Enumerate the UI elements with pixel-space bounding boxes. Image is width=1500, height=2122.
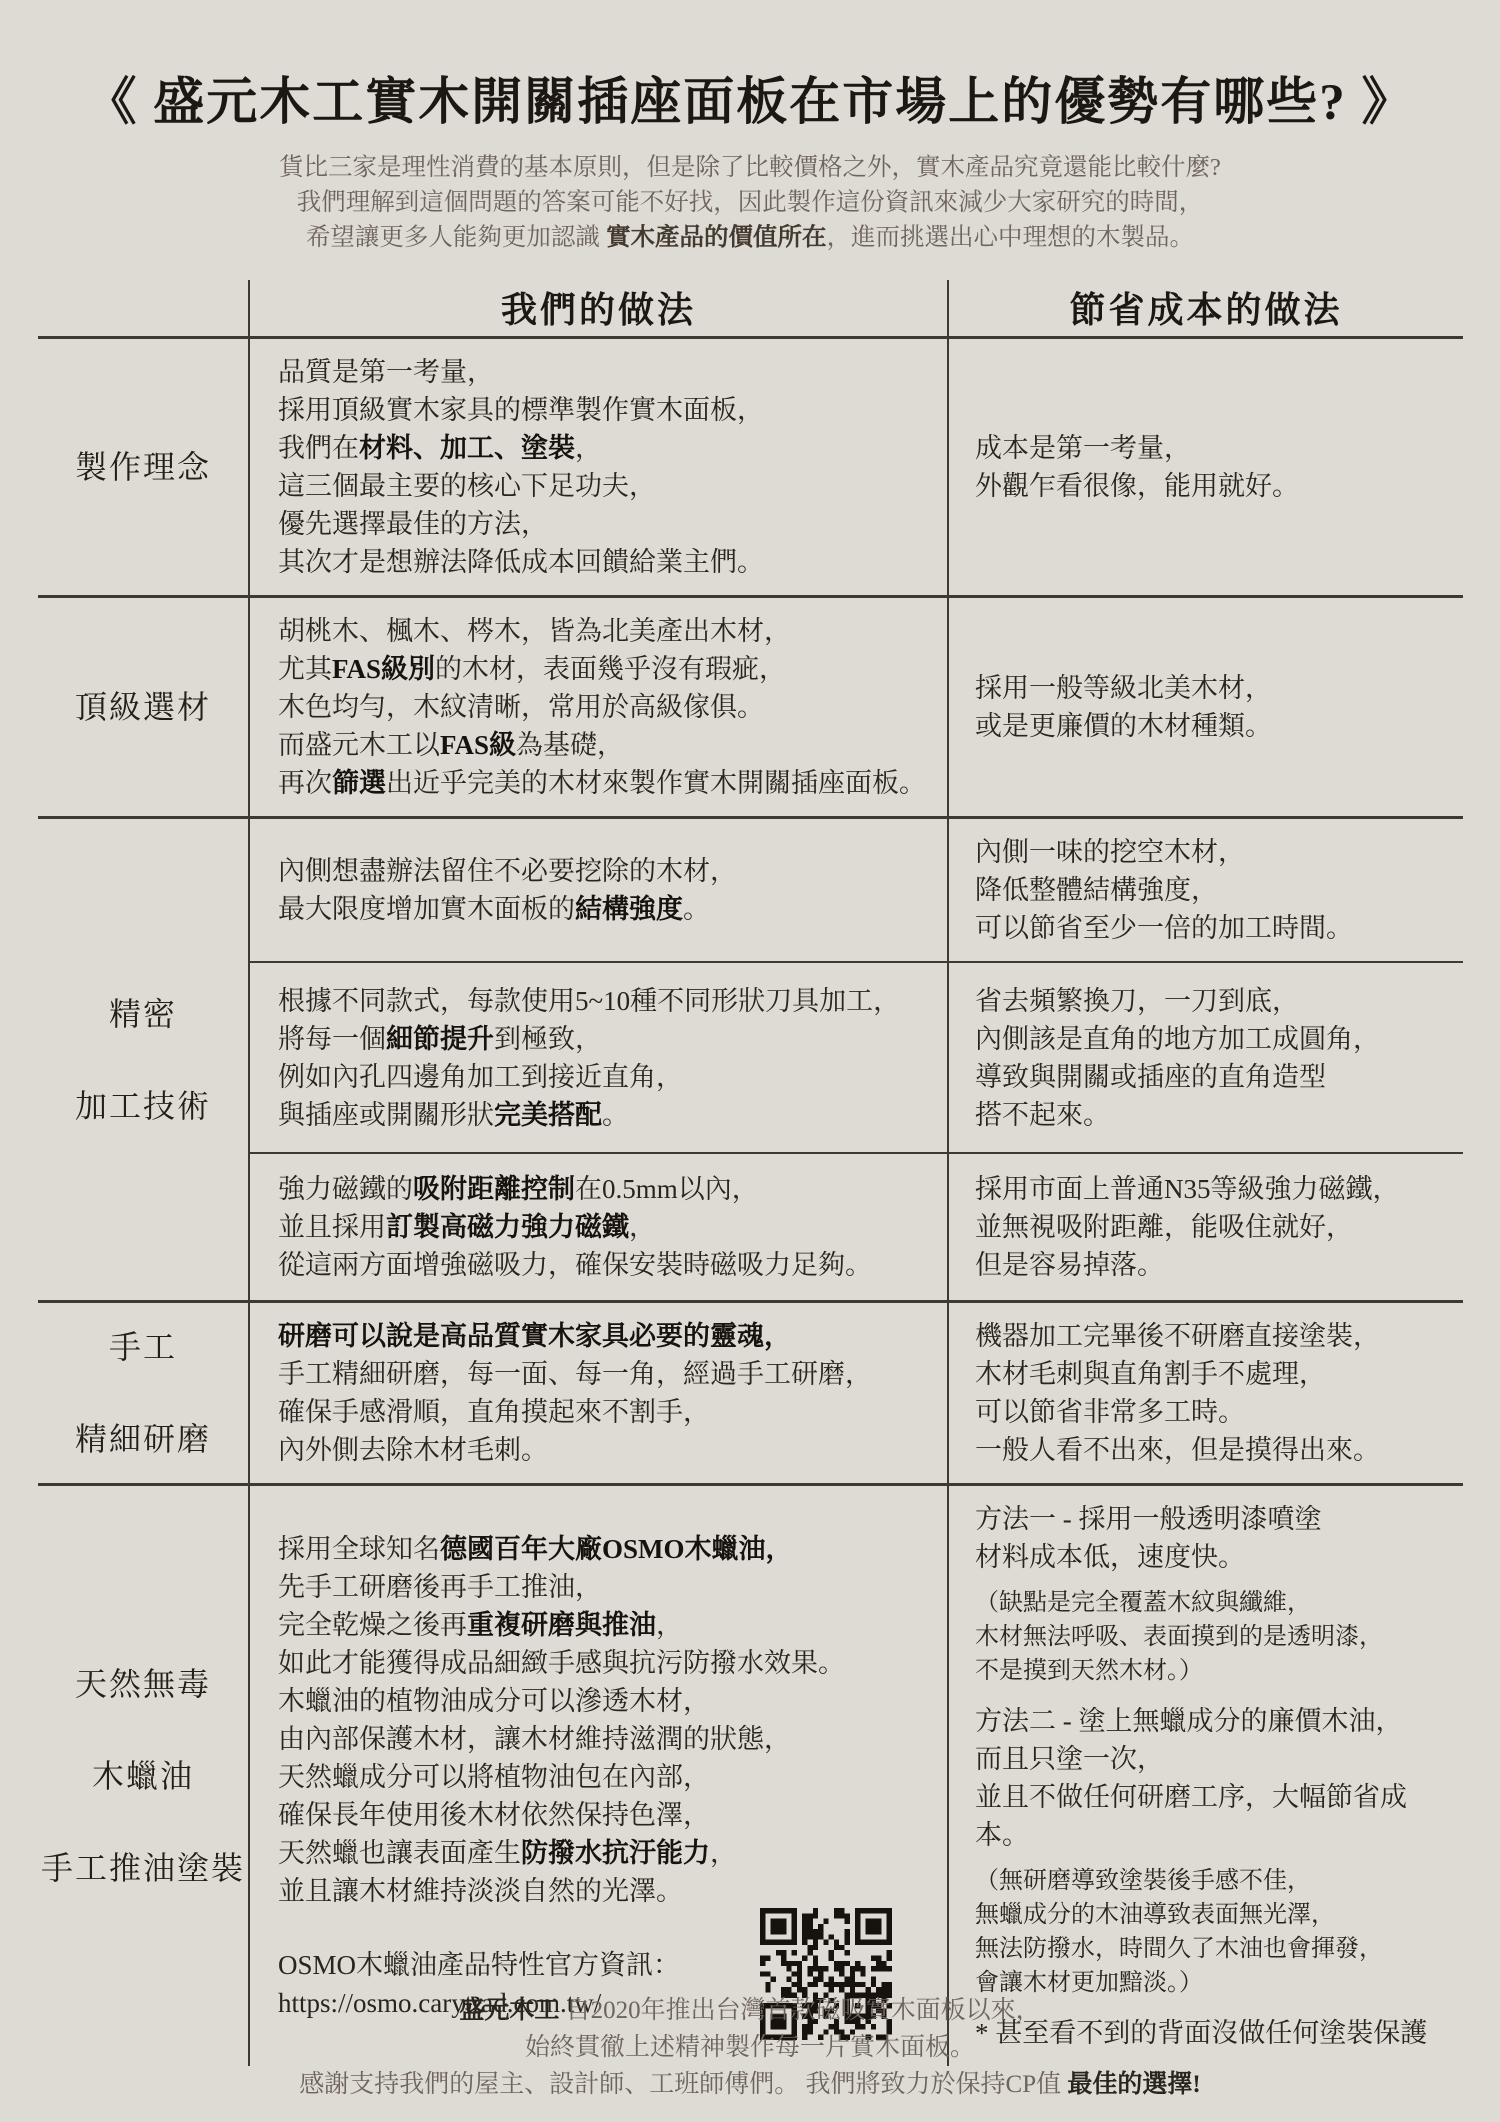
- text-segment: 感謝支持我們的屋主、設計師、工班師傅們。 我們將致力於保持CP值: [299, 2071, 1067, 2098]
- text-segment: 出近乎完美的木材來製作實木開關插座面板。: [386, 768, 926, 798]
- table-header-ours: 我們的做法: [248, 280, 947, 336]
- text-segment: 我們理解到這個問題的答案可能不好找，因此製作這份資訊來減少大家研究的時間，: [297, 189, 1204, 216]
- text-segment: 內外側去除木材毛刺。: [278, 1435, 548, 1465]
- page-footer: 盛元木工 自2020年推出台灣首款磁吸實木面板以來，始終貫徹上述精神製作每一片實…: [0, 1992, 1500, 2103]
- cost-cell: 方法一 - 採用一般透明漆噴塗材料成本低，速度快。（缺點是完全覆蓋木紋與纖維，木…: [947, 1486, 1463, 2066]
- text-segment: 優先選擇最佳的方法，: [278, 509, 548, 539]
- text-segment: 而盛元木工以: [278, 730, 440, 760]
- text-segment: 篩選: [332, 768, 386, 798]
- table-body: 製作理念品質是第一考量，採用頂級實木家具的標準製作實木面板，我們在材料、加工、塗…: [38, 336, 1463, 2066]
- intro-paragraph: 貨比三家是理性消費的基本原則，但是除了比較價格之外，實木產品究竟還能比較什麼?我…: [0, 150, 1500, 255]
- text-segment: 確保手感滑順，直角摸起來不割手，: [278, 1397, 710, 1427]
- sub-row: 研磨可以說是高品質實木家具必要的靈魂，手工精細研磨，每一面、每一角，經過手工研磨…: [250, 1303, 1463, 1483]
- text-segment: 內側想盡辦法留住不必要挖除的木材，: [278, 856, 737, 886]
- text-segment: 採用一般等級北美木材，: [975, 673, 1272, 703]
- sub-row: 採用全球知名德國百年大廠OSMO木蠟油，先手工研磨後再手工推油，完全乾燥之後再重…: [250, 1486, 1463, 2066]
- intro-line: 希望讓更多人能夠更加認識 實木產品的價值所在，進而挑選出心中理想的木製品。: [306, 224, 1194, 251]
- text-segment: 希望讓更多人能夠更加認識: [306, 224, 606, 251]
- text-segment: 內側該是直角的地方加工成圓角，: [975, 1024, 1380, 1054]
- text-segment: 導致與開關或插座的直角造型: [975, 1062, 1326, 1092]
- row-cells: 品質是第一考量，採用頂級實木家具的標準製作實木面板，我們在材料、加工、塗裝，這三…: [248, 339, 1463, 595]
- text-segment: 天然蠟也讓表面產生: [278, 1838, 521, 1868]
- text-segment: 強力磁鐵的: [278, 1174, 413, 1204]
- table-row: 精密加工技術內側想盡辦法留住不必要挖除的木材，最大限度增加實木面板的結構強度。內…: [38, 816, 1463, 1300]
- footer-line: 始終貫徹上述精神製作每一片實木面板。: [525, 2034, 975, 2061]
- cost-cell: 省去頻繁換刀，一刀到底，內側該是直角的地方加工成圓角，導致與開關或插座的直角造型…: [947, 963, 1463, 1152]
- text-segment: 先手工研磨後再手工推油，: [278, 1572, 602, 1602]
- text-segment: 無法防撥水，時間久了木油也會揮發，: [975, 1936, 1383, 1962]
- text-segment: 德國百年大廠OSMO木蠟油，: [440, 1534, 793, 1564]
- row-label: 手工精細研磨: [38, 1303, 248, 1483]
- table-row: 手工精細研磨研磨可以說是高品質實木家具必要的靈魂，手工精細研磨，每一面、每一角，…: [38, 1300, 1463, 1483]
- sub-row: 根據不同款式，每款使用5~10種不同形狀刀具加工，將每一個細節提升到極致，例如內…: [250, 961, 1463, 1152]
- text-segment: 可以節省至少一倍的加工時間。: [975, 913, 1353, 943]
- text-segment: 到極致，: [494, 1024, 602, 1054]
- cost-cell: 採用市面上普通N35等級強力磁鐵，並無視吸附距離，能吸住就好，但是容易掉落。: [947, 1154, 1463, 1300]
- table-header-row: 我們的做法 節省成本的做法: [38, 280, 1463, 336]
- text-segment: 例如內孔四邊角加工到接近直角，: [278, 1062, 683, 1092]
- text-segment: 吸附距離控制: [413, 1174, 575, 1204]
- text-block: 方法二 - 塗上無蠟成分的廉價木油，而且只塗一次，並且不做任何研磨工序，大幅節省…: [975, 1702, 1445, 1854]
- text-segment: （缺點是完全覆蓋木紋與纖維，: [975, 1590, 1311, 1616]
- sub-row: 強力磁鐵的吸附距離控制在0.5mm以內，並且採用訂製高磁力強力磁鐵，從這兩方面增…: [250, 1152, 1463, 1300]
- text-segment: 最大限度增加實木面板的: [278, 894, 575, 924]
- text-block: 成本是第一考量，外觀乍看很像，能用就好。: [975, 429, 1445, 505]
- text-segment: 在0.5mm以內，: [575, 1174, 759, 1204]
- text-segment: 方法二 - 塗上無蠟成分的廉價木油，: [975, 1706, 1403, 1736]
- sub-row: 胡桃木、楓木、梣木，皆為北美產出木材，尤其FAS級別的木材，表面幾乎沒有瑕疵，木…: [250, 598, 1463, 816]
- text-segment: 方法一 - 採用一般透明漆噴塗: [975, 1504, 1322, 1534]
- text-block: 方法一 - 採用一般透明漆噴塗材料成本低，速度快。: [975, 1500, 1445, 1576]
- text-block: 品質是第一考量，採用頂級實木家具的標準製作實木面板，我們在材料、加工、塗裝，這三…: [278, 353, 929, 581]
- footer-line: 盛元木工 自2020年推出台灣首款磁吸實木面板以來，: [459, 1997, 1040, 2024]
- text-segment: 。: [602, 1100, 629, 1130]
- ours-cell: 強力磁鐵的吸附距離控制在0.5mm以內，並且採用訂製高磁力強力磁鐵，從這兩方面增…: [250, 1154, 947, 1300]
- text-segment: 木色均勻，木紋清晰，常用於高級傢俱。: [278, 692, 764, 722]
- text-segment: 品質是第一考量，: [278, 357, 494, 387]
- text-segment: FAS級: [440, 730, 516, 760]
- text-block: 採用全球知名德國百年大廠OSMO木蠟油，先手工研磨後再手工推油，完全乾燥之後再重…: [278, 1530, 929, 1910]
- intro-line: 貨比三家是理性消費的基本原則，但是除了比較價格之外，實木產品究竟還能比較什麼?: [279, 154, 1221, 181]
- row-label: 天然無毒木蠟油手工推油塗裝: [38, 1486, 248, 2066]
- text-segment: ，進而挑選出心中理想的木製品。: [827, 224, 1195, 251]
- table-header-cost: 節省成本的做法: [947, 280, 1463, 336]
- text-segment: 完美搭配: [494, 1100, 602, 1130]
- text-segment: 再次: [278, 768, 332, 798]
- text-segment: 根據不同款式，每款使用5~10種不同形狀刀具加工，: [278, 986, 900, 1016]
- text-segment: 細節提升: [386, 1024, 494, 1054]
- text-segment: 始終貫徹上述精神製作每一片實木面板。: [525, 2034, 975, 2061]
- text-segment: 訂製高磁力強力磁鐵: [386, 1212, 629, 1242]
- text-segment: 可以節省非常多工時。: [975, 1397, 1245, 1427]
- ours-cell: 研磨可以說是高品質實木家具必要的靈魂，手工精細研磨，每一面、每一角，經過手工研磨…: [250, 1303, 947, 1483]
- sub-row: 內側想盡辦法留住不必要挖除的木材，最大限度增加實木面板的結構強度。內側一味的挖空…: [250, 819, 1463, 961]
- ours-cell: 內側想盡辦法留住不必要挖除的木材，最大限度增加實木面板的結構強度。: [250, 819, 947, 961]
- text-segment: 並且採用: [278, 1212, 386, 1242]
- text-segment: 不是摸到天然木材。）: [975, 1658, 1203, 1684]
- ours-cell: 胡桃木、楓木、梣木，皆為北美產出木材，尤其FAS級別的木材，表面幾乎沒有瑕疵，木…: [250, 598, 947, 816]
- text-segment: 搭不起來。: [975, 1100, 1110, 1130]
- text-segment: 盛元木工: [459, 1997, 559, 2024]
- text-segment: ，: [710, 1838, 737, 1868]
- table-row: 製作理念品質是第一考量，採用頂級實木家具的標準製作實木面板，我們在材料、加工、塗…: [38, 336, 1463, 595]
- text-segment: （無研磨導致塗裝後手感不佳，: [975, 1868, 1311, 1894]
- text-segment: 由內部保護木材，讓木材維持滋潤的狀態，: [278, 1724, 791, 1754]
- text-segment: 採用頂級實木家具的標準製作實木面板，: [278, 395, 764, 425]
- text-segment: 但是容易掉落。: [975, 1250, 1164, 1280]
- row-cells: 內側想盡辦法留住不必要挖除的木材，最大限度增加實木面板的結構強度。內側一味的挖空…: [248, 819, 1463, 1300]
- text-segment: ，: [629, 1212, 656, 1242]
- cost-cell: 成本是第一考量，外觀乍看很像，能用就好。: [947, 339, 1463, 595]
- text-segment: 如此才能獲得成品細緻手感與抗污防撥水效果。: [278, 1648, 845, 1678]
- text-segment: 最佳的選擇!: [1067, 2071, 1200, 2098]
- text-segment: 並無視吸附距離，能吸住就好，: [975, 1212, 1353, 1242]
- sub-row: 品質是第一考量，採用頂級實木家具的標準製作實木面板，我們在材料、加工、塗裝，這三…: [250, 339, 1463, 595]
- text-segment: 木材毛刺與直角割手不處理，: [975, 1359, 1326, 1389]
- text-segment: 外觀乍看很像，能用就好。: [975, 471, 1299, 501]
- text-segment: 一般人看不出來，但是摸得出來。: [975, 1435, 1380, 1465]
- text-segment: 內側一味的挖空木材，: [975, 837, 1245, 867]
- cost-cell: 機器加工完畢後不研磨直接塗裝，木材毛刺與直角割手不處理，可以節省非常多工時。一般…: [947, 1303, 1463, 1483]
- text-segment: 採用市面上普通N35等級強力磁鐵，: [975, 1174, 1400, 1204]
- cost-cell: 內側一味的挖空木材，降低整體結構強度，可以節省至少一倍的加工時間。: [947, 819, 1463, 961]
- text-segment: 貨比三家是理性消費的基本原則，但是除了比較價格之外，實木產品究竟還能比較什麼?: [279, 154, 1221, 181]
- text-segment: 並且不做任何研磨工序，大幅節省成本。: [975, 1782, 1407, 1850]
- text-segment: FAS級別: [332, 654, 435, 684]
- text-segment: 結構強度: [575, 894, 683, 924]
- text-segment: 從這兩方面增強磁吸力，確保安裝時磁吸力足夠。: [278, 1250, 872, 1280]
- text-segment: 為基礎，: [516, 730, 624, 760]
- text-segment: 木蠟油的植物油成分可以滲透木材，: [278, 1686, 710, 1716]
- text-segment: 其次才是想辦法降低成本回饋給業主們。: [278, 547, 764, 577]
- text-segment: ，: [656, 1610, 683, 1640]
- ours-cell: 採用全球知名德國百年大廠OSMO木蠟油，先手工研磨後再手工推油，完全乾燥之後再重…: [250, 1486, 947, 2066]
- text-block: 採用市面上普通N35等級強力磁鐵，並無視吸附距離，能吸住就好，但是容易掉落。: [975, 1170, 1445, 1284]
- text-block: （缺點是完全覆蓋木紋與纖維，木材無法呼吸、表面摸到的是透明漆，不是摸到天然木材。…: [975, 1586, 1445, 1688]
- text-block: （無研磨導致塗裝後手感不佳，無蠟成分的木油導致表面無光澤，無法防撥水，時間久了木…: [975, 1864, 1445, 2000]
- row-label: 精密加工技術: [38, 819, 248, 1300]
- text-segment: 完全乾燥之後再: [278, 1610, 467, 1640]
- text-segment: 無蠟成分的木油導致表面無光澤，: [975, 1902, 1335, 1928]
- text-segment: OSMO木蠟油產品特性官方資訊：: [278, 1950, 680, 1980]
- text-segment: 並且讓木材維持淡淡自然的光澤。: [278, 1876, 683, 1906]
- text-block: 採用一般等級北美木材，或是更廉價的木材種類。: [975, 669, 1445, 745]
- text-segment: 。: [683, 894, 710, 924]
- row-cells: 胡桃木、楓木、梣木，皆為北美產出木材，尤其FAS級別的木材，表面幾乎沒有瑕疵，木…: [248, 598, 1463, 816]
- text-segment: 自2020年推出台灣首款磁吸實木面板以來，: [559, 1997, 1040, 2024]
- text-segment: 胡桃木、楓木、梣木，皆為北美產出木材，: [278, 616, 791, 646]
- intro-line: 我們理解到這個問題的答案可能不好找，因此製作這份資訊來減少大家研究的時間，: [297, 189, 1204, 216]
- text-segment: 木材無法呼吸、表面摸到的是透明漆，: [975, 1624, 1383, 1650]
- text-block: 省去頻繁換刀，一刀到底，內側該是直角的地方加工成圓角，導致與開關或插座的直角造型…: [975, 982, 1445, 1134]
- text-block: 強力磁鐵的吸附距離控制在0.5mm以內，並且採用訂製高磁力強力磁鐵，從這兩方面增…: [278, 1170, 929, 1284]
- text-block: 研磨可以說是高品質實木家具必要的靈魂，手工精細研磨，每一面、每一角，經過手工研磨…: [278, 1317, 929, 1469]
- text-segment: 與插座或開關形狀: [278, 1100, 494, 1130]
- text-segment: ，: [575, 433, 602, 463]
- text-block: 胡桃木、楓木、梣木，皆為北美產出木材，尤其FAS級別的木材，表面幾乎沒有瑕疵，木…: [278, 612, 929, 802]
- text-segment: 成本是第一考量，: [975, 433, 1191, 463]
- ours-cell: 根據不同款式，每款使用5~10種不同形狀刀具加工，將每一個細節提升到極致，例如內…: [250, 963, 947, 1152]
- table-row: 天然無毒木蠟油手工推油塗裝採用全球知名德國百年大廠OSMO木蠟油，先手工研磨後再…: [38, 1483, 1463, 2066]
- text-segment: 採用全球知名: [278, 1534, 440, 1564]
- text-segment: 材料、加工、塗裝: [359, 433, 575, 463]
- text-segment: 尤其: [278, 654, 332, 684]
- text-segment: 材料成本低，速度快。: [975, 1542, 1245, 1572]
- row-cells: 採用全球知名德國百年大廠OSMO木蠟油，先手工研磨後再手工推油，完全乾燥之後再重…: [248, 1486, 1463, 2066]
- text-segment: 天然蠟成分可以將植物油包在內部，: [278, 1762, 710, 1792]
- text-block: 根據不同款式，每款使用5~10種不同形狀刀具加工，將每一個細節提升到極致，例如內…: [278, 982, 929, 1134]
- text-segment: 機器加工完畢後不研磨直接塗裝，: [975, 1321, 1380, 1351]
- row-label: 製作理念: [38, 339, 248, 595]
- text-segment: 省去頻繁換刀，一刀到底，: [975, 986, 1299, 1016]
- text-segment: 或是更廉價的木材種類。: [975, 711, 1272, 741]
- text-block: 內側一味的挖空木材，降低整體結構強度，可以節省至少一倍的加工時間。: [975, 833, 1445, 947]
- text-segment: 降低整體結構強度，: [975, 875, 1218, 905]
- table-row: 頂級選材胡桃木、楓木、梣木，皆為北美產出木材，尤其FAS級別的木材，表面幾乎沒有…: [38, 595, 1463, 816]
- text-block: 機器加工完畢後不研磨直接塗裝，木材毛刺與直角割手不處理，可以節省非常多工時。一般…: [975, 1317, 1445, 1469]
- row-cells: 研磨可以說是高品質實木家具必要的靈魂，手工精細研磨，每一面、每一角，經過手工研磨…: [248, 1303, 1463, 1483]
- page-title: 《 盛元木工實木開關插座面板在市場上的優勢有哪些? 》: [0, 60, 1500, 134]
- text-segment: 的木材，表面幾乎沒有瑕疵，: [435, 654, 786, 684]
- footer-line: 感謝支持我們的屋主、設計師、工班師傅們。 我們將致力於保持CP值 最佳的選擇!: [299, 2071, 1200, 2098]
- text-segment: 實木產品的價值所在: [606, 224, 827, 251]
- cost-cell: 採用一般等級北美木材，或是更廉價的木材種類。: [947, 598, 1463, 816]
- comparison-table: 我們的做法 節省成本的做法 製作理念品質是第一考量，採用頂級實木家具的標準製作實…: [38, 280, 1463, 2066]
- text-block: 內側想盡辦法留住不必要挖除的木材，最大限度增加實木面板的結構強度。: [278, 852, 929, 928]
- text-segment: 手工精細研磨，每一面、每一角，經過手工研磨，: [278, 1359, 872, 1389]
- ours-cell: 品質是第一考量，採用頂級實木家具的標準製作實木面板，我們在材料、加工、塗裝，這三…: [250, 339, 947, 595]
- text-segment: 確保長年使用後木材依然保持色澤，: [278, 1800, 710, 1830]
- table-header-blank: [38, 280, 248, 336]
- text-segment: 防撥水抗汙能力: [521, 1838, 710, 1868]
- text-segment: 將每一個: [278, 1024, 386, 1054]
- text-segment: 這三個最主要的核心下足功夫，: [278, 471, 656, 501]
- text-segment: 我們在: [278, 433, 359, 463]
- text-segment: 研磨可以說是高品質實木家具必要的靈魂，: [278, 1321, 791, 1351]
- text-segment: 重複研磨與推油: [467, 1610, 656, 1640]
- text-segment: 而且只塗一次，: [975, 1744, 1164, 1774]
- row-label: 頂級選材: [38, 598, 248, 816]
